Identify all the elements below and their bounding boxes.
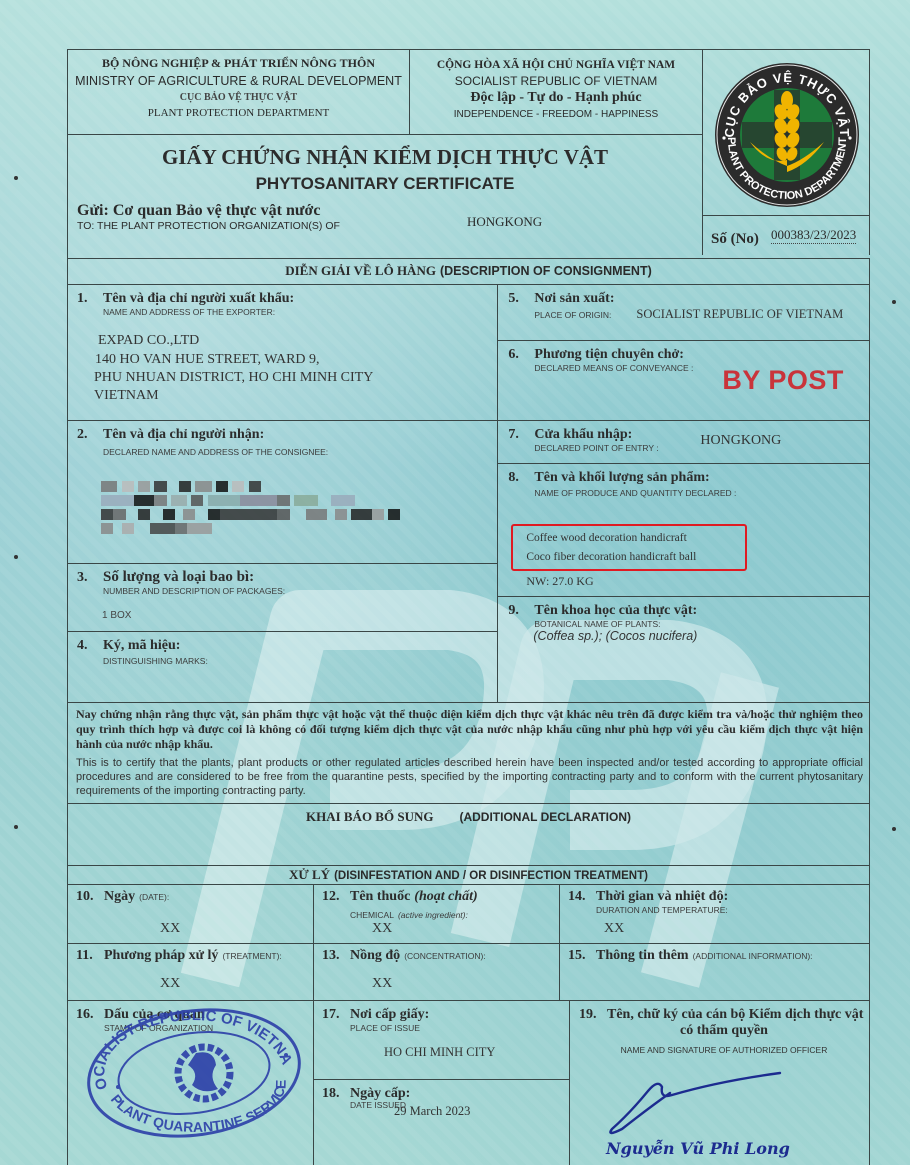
- field-consignee: 2.Tên và địa chỉ người nhận: DECLARED NA…: [68, 420, 497, 563]
- treatment-grid: 10.Ngày (DATE): XX 12.Tên thuốc (hoạt ch…: [67, 884, 870, 1000]
- redaction-pixel: [154, 481, 166, 492]
- redaction-pixel: [277, 509, 289, 520]
- certification-vn: Nay chứng nhận rằng thực vật, sản phẩm t…: [76, 707, 863, 752]
- field-produce: 8.Tên và khối lượng sản phẩm: NAME OF PR…: [498, 463, 869, 596]
- department-en: PLANT PROTECTION DEPARTMENT: [68, 107, 409, 119]
- title-en: PHYTOSANITARY CERTIFICATE: [68, 174, 702, 194]
- field-botanical-name: 9.Tên khoa học của thực vật: BOTANICAL N…: [498, 596, 869, 703]
- net-weight: NW: 27.0 KG: [526, 574, 593, 589]
- number-label: Số (No): [711, 231, 759, 248]
- consignment-header: DIỄN GIẢI VỀ LÔ HÀNG (DESCRIPTION OF CON…: [67, 258, 870, 284]
- redaction-pixel: [388, 509, 400, 520]
- redaction-pixel: [208, 509, 220, 520]
- point-of-entry-value: HONGKONG: [700, 433, 781, 449]
- botanical-value: (Coffea sp.); (Cocos nucifera): [533, 629, 869, 643]
- punch-mark: [892, 827, 896, 831]
- field-duration-temperature: 14.Thời gian và nhiệt độ: DURATION AND T…: [560, 885, 869, 943]
- redaction-pixel: [191, 495, 203, 506]
- place-of-issue-value: HO CHI MINH CITY: [384, 1045, 495, 1060]
- produce-item-2: Coco fiber decoration handicraft ball: [526, 551, 696, 563]
- conveyance-value: BY POST: [722, 365, 844, 396]
- officer-name: Nguyễn Vũ Phi Long: [606, 1139, 790, 1158]
- field-place-of-issue: 17.Nơi cấp giấy: PLACE OF ISSUE HO CHI M…: [314, 1001, 569, 1079]
- plant-protection-emblem-icon: CỤC BẢO VỆ THỰC VẬT PLANT PROTECTION DEP…: [712, 60, 862, 210]
- redaction-pixel: [220, 509, 277, 520]
- field-point-of-entry: 7.Cửa khẩu nhập: DECLARED POINT OF ENTRY…: [498, 420, 869, 463]
- redaction-pixel: [175, 523, 187, 534]
- redaction-pixel: [101, 481, 117, 492]
- produce-item-1: Coffee wood decoration handicraft: [526, 532, 686, 544]
- redaction-pixel: [134, 495, 155, 506]
- treatment-date-value: XX: [160, 921, 180, 937]
- origin-value: SOCIALIST REPUBLIC OF VIETNAM: [636, 307, 843, 322]
- field-conveyance: 6.Phương tiện chuyên chở: DECLARED MEANS…: [498, 340, 869, 420]
- punch-mark: [892, 300, 896, 304]
- title-vn: GIẤY CHỨNG NHẬN KIỂM DỊCH THỰC VẬT: [68, 145, 702, 170]
- quarantine-stamp-icon: SOCIALIST REPUBLIC OF VIETNAM PLANT QUAR…: [84, 1003, 304, 1143]
- republic-vn: CỘNG HÒA XÃ HỘI CHỦ NGHĨA VIỆT NAM: [410, 59, 702, 71]
- redaction-pixel: [277, 495, 289, 506]
- redaction-pixel: [195, 481, 211, 492]
- packages-value: 1 BOX: [102, 610, 497, 621]
- redaction-pixel: [183, 509, 195, 520]
- footer-grid: 16.Dấu của cơ quan STAMP OF ORGANIZATION…: [67, 1000, 870, 1165]
- exporter-name: EXPAD CO.,LTD: [98, 333, 497, 349]
- motto-vn: Độc lập - Tự do - Hạnh phúc: [410, 90, 702, 106]
- exporter-address-1: 140 HO VAN HUE STREET, WARD 9,: [95, 352, 497, 368]
- redaction-pixel: [171, 495, 187, 506]
- republic-header: CỘNG HÒA XÃ HỘI CHỦ NGHĨA VIỆT NAM SOCIA…: [409, 49, 702, 134]
- field-date-issued: 18.Ngày cấp: DATE ISSUED 29 March 2023: [314, 1079, 569, 1165]
- redaction-pixel: [122, 481, 134, 492]
- field-authorized-officer: 19.Tên, chữ ký của cán bộ Kiểm dịch thực…: [570, 1001, 869, 1165]
- treatment-header: XỬ LÝ (DISINFESTATION AND / OR DISINFECT…: [67, 865, 870, 884]
- ministry-header: BỘ NÔNG NGHIỆP & PHÁT TRIỂN NÔNG THÔN MI…: [67, 49, 409, 134]
- consignment-body: 1.Tên và địa chỉ người xuất khẩu: NAME A…: [67, 284, 870, 702]
- field-exporter: 1.Tên và địa chỉ người xuất khẩu: NAME A…: [68, 285, 497, 420]
- to-label-vn: Gửi: Cơ quan Bảo vệ thực vật nước: [77, 202, 702, 220]
- concentration-value: XX: [372, 976, 392, 992]
- consignee-redacted-block: [101, 481, 401, 551]
- field-treatment-method: 11.Phương pháp xử lý (TREATMENT): XX: [68, 943, 314, 1001]
- field-packages: 3.Số lượng và loại bao bì: NUMBER AND DE…: [68, 563, 497, 631]
- redaction-pixel: [331, 495, 356, 506]
- punch-mark: [14, 555, 18, 559]
- redaction-pixel: [101, 495, 134, 506]
- exporter-country: VIETNAM: [94, 388, 497, 404]
- redaction-pixel: [113, 509, 125, 520]
- field-treatment-date: 10.Ngày (DATE): XX: [68, 885, 314, 943]
- field-stamp: 16.Dấu của cơ quan STAMP OF ORGANIZATION…: [68, 1001, 314, 1165]
- field-marks: 4.Ký, mã hiệu: DISTINGUISHING MARKS:: [68, 631, 497, 703]
- redaction-pixel: [187, 523, 212, 534]
- signature-stroke: [600, 1063, 840, 1143]
- duration-value: XX: [604, 921, 624, 937]
- field-chemical: 12.Tên thuốc (hoạt chất) CHEMICAL (activ…: [314, 885, 560, 943]
- certification-en: This is to certify that the plants, plan…: [76, 756, 863, 798]
- redaction-pixel: [179, 481, 191, 492]
- additional-declaration: KHAI BÁO BỔ SUNG (ADDITIONAL DECLARATION…: [67, 803, 870, 865]
- redaction-pixel: [138, 481, 150, 492]
- field-concentration: 13.Nồng độ (CONCENTRATION): XX: [314, 943, 560, 1001]
- title-block: GIẤY CHỨNG NHẬN KIỂM DỊCH THỰC VẬT PHYTO…: [67, 134, 702, 258]
- republic-en: SOCIALIST REPUBLIC OF VIETNAM: [410, 74, 702, 88]
- redaction-pixel: [240, 495, 277, 506]
- exporter-address-2: PHU NHUAN DISTRICT, HO CHI MINH CITY: [94, 370, 497, 386]
- punch-mark: [14, 825, 18, 829]
- ministry-vn: BỘ NÔNG NGHIỆP & PHÁT TRIỂN NÔNG THÔN: [68, 56, 409, 71]
- certification-statement: Nay chứng nhận rằng thực vật, sản phẩm t…: [67, 702, 870, 803]
- redaction-pixel: [150, 523, 175, 534]
- chemical-value: XX: [372, 921, 392, 937]
- punch-mark: [14, 176, 18, 180]
- redaction-pixel: [335, 509, 347, 520]
- ministry-en: MINISTRY OF AGRICULTURE & RURAL DEVELOPM…: [68, 74, 409, 88]
- redaction-pixel: [163, 509, 175, 520]
- field-origin: 5.Nơi sản xuất: PLACE OF ORIGIN: SOCIALI…: [498, 285, 869, 340]
- redaction-pixel: [154, 495, 166, 506]
- department-vn: CỤC BẢO VỆ THỰC VẬT: [68, 92, 409, 103]
- redaction-pixel: [306, 509, 327, 520]
- redaction-pixel: [351, 509, 372, 520]
- redaction-pixel: [232, 481, 244, 492]
- treatment-method-value: XX: [160, 976, 180, 992]
- phytosanitary-certificate: BỘ NÔNG NGHIỆP & PHÁT TRIỂN NÔNG THÔN MI…: [67, 49, 870, 1165]
- redaction-pixel: [294, 495, 319, 506]
- redaction-pixel: [122, 523, 134, 534]
- certificate-number: 000383/23/2023: [771, 227, 856, 244]
- certificate-number-cell: Số (No) 000383/23/2023: [702, 215, 870, 255]
- redaction-pixel: [208, 495, 241, 506]
- motto-en: INDEPENDENCE - FREEDOM - HAPPINESS: [410, 109, 702, 120]
- redaction-pixel: [101, 523, 113, 534]
- field-additional-info: 15.Thông tin thêm (ADDITIONAL INFORMATIO…: [560, 943, 869, 1001]
- redaction-pixel: [138, 509, 150, 520]
- redaction-pixel: [216, 481, 228, 492]
- to-label-en: TO: THE PLANT PROTECTION ORGANIZATION(S)…: [77, 220, 467, 232]
- date-issued-value: 29 March 2023: [394, 1104, 470, 1119]
- logo-cell: CỤC BẢO VỆ THỰC VẬT PLANT PROTECTION DEP…: [702, 49, 870, 215]
- redaction-pixel: [372, 509, 384, 520]
- redaction-pixel: [249, 481, 261, 492]
- redaction-pixel: [101, 509, 113, 520]
- to-country: HONGKONG: [467, 214, 542, 232]
